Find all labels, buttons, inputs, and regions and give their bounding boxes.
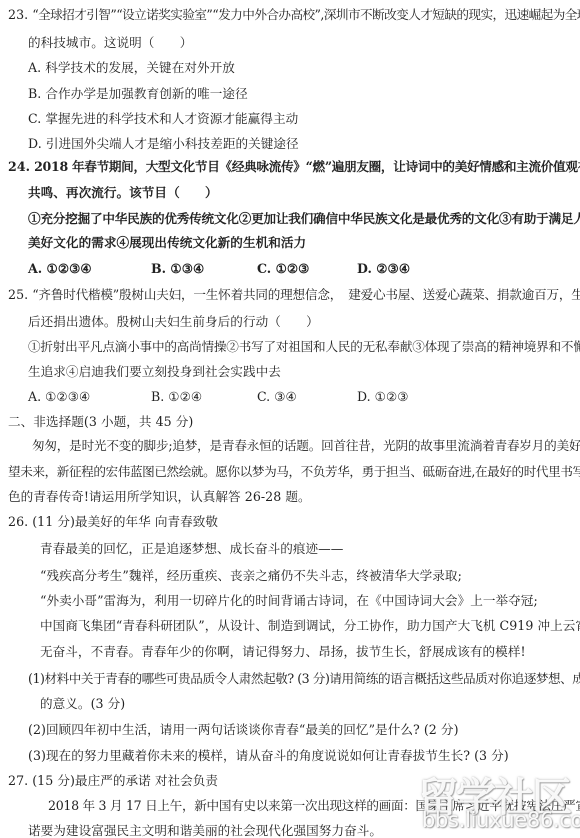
q27-title-line: 27.(15 分)最庄严的承诺 对社会负责 (8, 773, 218, 789)
q24-statements-line-2: 美好文化的需求④展现出传统文化新的生机和活力 (28, 235, 306, 251)
q27-title: (15 分)最庄严的承诺 对社会负责 (32, 773, 218, 788)
q26-material-line-5: 无奋斗，不青春。青春年少的你啊，请记得努力、昂扬，拔节生长，舒展成该有的模样! (40, 644, 526, 660)
q26-subquestion-2: (2)回顾四年初中生活，请用一两句话谈谈你青春“最美的回忆”是什么? (2 分) (28, 722, 459, 738)
q23-option-b: B. 合作办学是加强教育创新的唯一途径 (28, 86, 248, 102)
q24-option-c: C. ①②③ (257, 261, 309, 277)
section2-intro-line-3: 色的青春传奇!请运用所学知识，认真解答 26-28 题。 (8, 489, 311, 505)
q26-subquestion-3: (3)现在的努力里藏着你未来的模样，请从奋斗的角度说说如何让青春拔节生长? (3… (28, 748, 509, 764)
q25-stem-line-1: 25.“齐鲁时代楷模”殷树山夫妇，一生怀着共同的理想信念， 建爱心书屋、送爱心蔬… (8, 287, 580, 303)
q24-number: 24. (8, 159, 30, 174)
q25-stem-text-1: “齐鲁时代楷模”殷树山夫妇，一生怀着共同的理想信念， 建爱心书屋、送爱心蔬菜、捐… (32, 287, 580, 302)
q25-option-c: C. ③④ (257, 389, 297, 405)
q24-option-d: D. ②③④ (357, 261, 410, 277)
q24-option-a: A. ①②③④ (28, 261, 92, 277)
q26-subquestion-1-line-1: (1)材料中关于青春的哪些可贵品质令人肃然起敬? (3 分)请用简练的语言概括这… (28, 671, 580, 687)
q23-stem-text-1: “全球招才引智”“设立诺奖实验室”“发力中外合办高校”,深圳市不断改变人才短缺的… (32, 7, 580, 22)
q26-material-line-2: “残疾高分考生”魏祥，经历重疾、丧亲之痛仍不失斗志，终被清华大学录取; (40, 568, 462, 584)
section2-intro-line-1: 匆匆，是时光不变的脚步;追梦，是青春永恒的话题。回首往昔，光阴的故事里流淌着青春… (32, 438, 580, 454)
watermark-brand: 留学社区 (418, 766, 570, 823)
q27-number: 27. (8, 773, 28, 788)
section2-heading: 二、非选择题(3 小题，共 45 分) (8, 414, 193, 430)
q27-material-line-1: 2018 年 3 月 17 日上午，新中国有史以来第一次出现这样的画面：国家主席… (48, 798, 580, 814)
q26-title: (11 分)最美好的年华 向青春致敬 (32, 514, 218, 529)
q23-option-c: C. 掌握先进的科学技术和人才资源才能赢得主动 (28, 111, 298, 127)
q23-option-d: D. 引进国外尖端人才是缩小科技差距的关键途径 (28, 136, 299, 152)
q24-stem-line-1: 24.2018 年春节期间，大型文化节目《经典咏流传》“燃”遍朋友圈，让诗词中的… (8, 159, 580, 175)
q23-stem-line-1: 23.“全球招才引智”“设立诺奖实验室”“发力中外合办高校”,深圳市不断改变人才… (8, 7, 580, 23)
q25-option-d: D. ①②③ (357, 389, 409, 405)
q26-subquestion-1-line-2: 的意义。(3 分) (40, 696, 125, 712)
q23-stem-line-2: 的科技城市。这说明（ ） (28, 35, 192, 51)
q24-statements-line-1: ①充分挖掘了中华民族的优秀传统文化②更加让我们确信中华民族文化是最优秀的文化③有… (28, 211, 580, 227)
q27-material-line-2: 诺要为建设富强民主文明和谐美丽的社会现代化强国努力奋斗。 (28, 823, 382, 838)
q25-option-b: B. ①②④ (151, 389, 202, 405)
q24-option-b: B. ①③④ (151, 261, 204, 277)
q25-stem-line-2: 后还捐出遗体。殷树山夫妇生前身后的行动（ ） (28, 314, 319, 330)
q26-number: 26. (8, 514, 28, 529)
q25-number: 25. (8, 287, 28, 302)
q24-stem-line-2: 共鸣、再次流行。该节目（ ） (28, 185, 218, 201)
q26-material-line-3: “外卖小哥”雷海为，利用一切碎片化的时间背诵古诗词，在《中国诗词大会》上一举夺冠… (40, 593, 538, 609)
section2-intro-line-2: 望未来，新征程的宏伟蓝图已然绘就。愿你以梦为马，不负芳华，勇于担当、砥砺奋进,在… (8, 464, 580, 480)
q26-title-line: 26.(11 分)最美好的年华 向青春致敬 (8, 514, 218, 530)
q25-statements-line-2: 生追求④启迪我们要立刻投身到社会实践中去 (28, 364, 281, 380)
q26-material-line-4: 中国商飞集团“青春科研团队”，从设计、制造到调试，分工协作，助力国产大飞机 C9… (40, 618, 580, 634)
q23-number: 23. (8, 7, 28, 22)
q24-stem-text-1: 2018 年春节期间，大型文化节目《经典咏流传》“燃”遍朋友圈，让诗词中的美好情… (34, 159, 580, 174)
q25-statements-line-1: ①折射出平凡点滴小事中的高尚情操②书写了对祖国和人民的无私奉献③体现了崇高的精神… (28, 339, 580, 355)
q26-material-line-1: 青春最美的回忆，正是追逐梦想、成长奋斗的痕迹—— (40, 541, 343, 557)
q23-option-a: A. 科学技术的发展，关键在对外开放 (28, 60, 235, 76)
q25-option-a: A. ①②③④ (28, 389, 90, 405)
